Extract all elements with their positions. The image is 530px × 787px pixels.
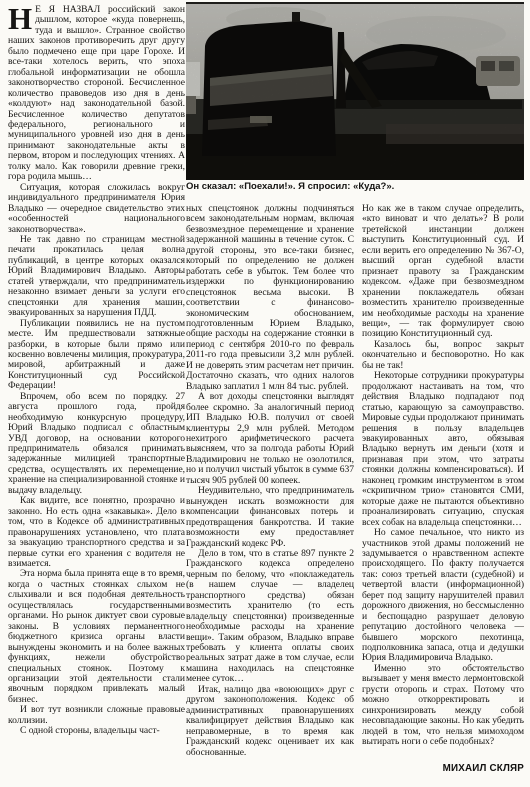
article-column-3: Но как же в таком случае определить, «кт… [362,204,524,759]
drop-cap: Н [8,5,35,32]
body-paragraph: НЕ Я НАЗВАЛ российский закон дышлом, кот… [8,5,185,183]
body-paragraph: Итак, налицо два «воюющих» друг с другом… [186,685,354,758]
body-paragraph: И вот тут возникли сложные правовые колл… [8,705,185,726]
body-paragraph: Эта норма была принята еще в то время, к… [8,569,185,705]
paragraph-text: Е Я НАЗВАЛ российский закон дышлом, кото… [8,5,185,182]
article-photo [186,2,524,180]
body-paragraph: Дело в том, что в статье 897 пункте 2 Гр… [186,549,354,685]
article-column-1: НЕ Я НАЗВАЛ российский закон дышлом, кот… [8,5,185,783]
tow-truck-photo-illustration [186,4,524,180]
newspaper-page: НЕ Я НАЗВАЛ российский закон дышлом, кот… [0,0,530,787]
body-paragraph: Казалось бы, вопрос закрыт окончательно … [362,340,524,371]
body-paragraph: Некоторые сотрудники прокуратуры продолж… [362,371,524,528]
body-paragraph: Не так давно по страницам местной печати… [8,235,185,319]
body-paragraph: Именно это обстоятельство вызывает у мен… [362,664,524,748]
body-paragraph: Но как же в таком случае определить, «кт… [362,204,524,340]
photo-caption: Он сказал: «Поехали!». Я спросил: «Куда?… [186,181,524,192]
body-paragraph: С одной стороны, владельцы част- [8,726,185,736]
body-paragraph: Ситуация, которая сложилась вокруг индив… [8,183,185,235]
body-paragraph: Впрочем, обо всем по порядку. 27 августа… [8,392,185,497]
author-byline: МИХАИЛ СКЛЯР [362,763,524,774]
body-paragraph: А вот доходы спецстоянки выглядят более … [186,392,354,486]
body-paragraph: Но самое печальное, что никто из участни… [362,528,524,664]
article-column-2: ных спецстоянок должны подчиняться всем … [186,204,354,787]
body-paragraph: Как видите, все понятно, прозрачно и зак… [8,496,185,569]
body-paragraph: Неудивительно, что предприниматель вынуж… [186,486,354,549]
body-paragraph: Публикации появились не на пустом месте.… [8,319,185,392]
body-paragraph: ных спецстоянок должны подчиняться всем … [186,204,354,392]
